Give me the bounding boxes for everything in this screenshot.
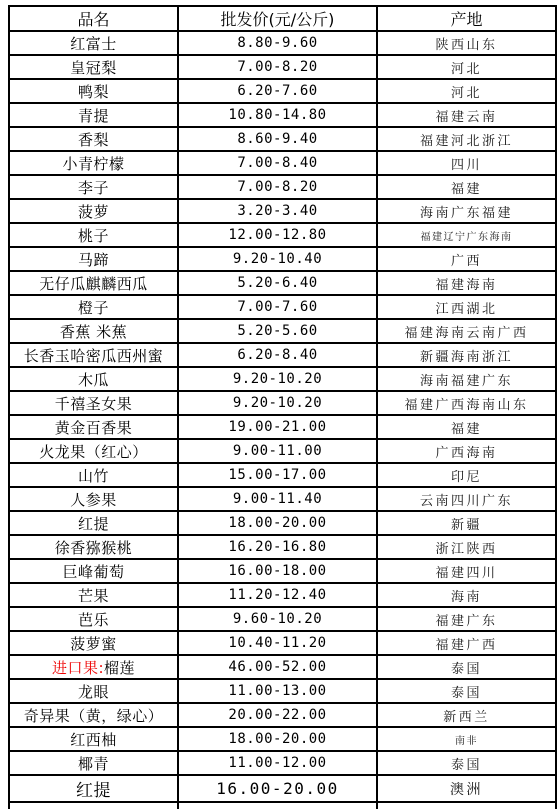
column-header-wholesale-price: 批发价(元/公斤) (178, 6, 377, 31)
table-row: 桃子12.00-12.80福建辽宁广东海南 (9, 223, 556, 247)
product-name-cell: 芭乐 (9, 607, 178, 631)
table-row: 小青柠檬7.00-8.40四川 (9, 151, 556, 175)
table-row: 无仔瓜麒麟西瓜5.20-6.40福建海南 (9, 271, 556, 295)
wholesale-price-cell: 7.00-8.20 (178, 175, 377, 199)
origin-cell: 福建辽宁广东海南 (377, 223, 556, 247)
product-name-cell: 青提 (9, 103, 178, 127)
empty-cell (9, 802, 178, 809)
table-row: 红富士8.80-9.60陕西山东 (9, 31, 556, 55)
table-row: 黄金百香果19.00-21.00福建 (9, 415, 556, 439)
wholesale-price-cell: 9.60-10.20 (178, 607, 377, 631)
origin-cell: 福建四川 (377, 559, 556, 583)
origin-cell: 陕西山东 (377, 31, 556, 55)
column-header-origin: 产地 (377, 6, 556, 31)
table-row: 椰青11.00-12.00泰国 (9, 751, 556, 775)
wholesale-price-cell: 6.20-8.40 (178, 343, 377, 367)
origin-cell: 河北 (377, 79, 556, 103)
header-row: 品名 批发价(元/公斤) 产地 (9, 6, 556, 31)
origin-cell: 四川 (377, 151, 556, 175)
origin-cell: 新疆 (377, 511, 556, 535)
table-row: 橙子7.00-7.60江西湖北 (9, 295, 556, 319)
wholesale-price-cell: 7.00-7.60 (178, 295, 377, 319)
origin-cell: 新西兰 (377, 703, 556, 727)
origin-cell: 海南福建广东 (377, 367, 556, 391)
wholesale-price-cell: 8.80-9.60 (178, 31, 377, 55)
product-name-cell: 红富士 (9, 31, 178, 55)
product-name-cell: 徐香猕猴桃 (9, 535, 178, 559)
product-name-cell: 无仔瓜麒麟西瓜 (9, 271, 178, 295)
table-row: 菠萝3.20-3.40海南广东福建 (9, 199, 556, 223)
product-name-cell: 火龙果（红心） (9, 439, 178, 463)
table-row: 李子7.00-8.20福建 (9, 175, 556, 199)
product-name-cell: 进口果:榴莲 (9, 655, 178, 679)
table-row: 菠萝蜜10.40-11.20福建广西 (9, 631, 556, 655)
product-name-cell: 奇异果（黄，绿心） (9, 703, 178, 727)
origin-cell: 澳洲 (377, 775, 556, 802)
wholesale-price-cell: 19.00-21.00 (178, 415, 377, 439)
table-row: 徐香猕猴桃16.20-16.80浙江陕西 (9, 535, 556, 559)
table-row: 千禧圣女果9.20-10.20福建广西海南山东 (9, 391, 556, 415)
product-name-cell: 长香玉哈密瓜西州蜜 (9, 343, 178, 367)
wholesale-price-cell: 16.00-20.00 (178, 775, 377, 802)
origin-cell: 福建 (377, 175, 556, 199)
wholesale-price-cell: 9.00-11.40 (178, 487, 377, 511)
origin-cell: 福建广西海南山东 (377, 391, 556, 415)
fruit-price-sheet: 品名 批发价(元/公斤) 产地 红富士8.80-9.60陕西山东皇冠梨7.00-… (0, 0, 560, 809)
column-header-product-name: 品名 (9, 6, 178, 31)
table-row: 木瓜9.20-10.20海南福建广东 (9, 367, 556, 391)
table-row: 香蕉 米蕉5.20-5.60福建海南云南广西 (9, 319, 556, 343)
product-name-cell: 山竹 (9, 463, 178, 487)
table-row: 皇冠梨7.00-8.20河北 (9, 55, 556, 79)
product-name-cell: 香蕉 米蕉 (9, 319, 178, 343)
product-name-cell: 鸭梨 (9, 79, 178, 103)
wholesale-price-cell: 3.20-3.40 (178, 199, 377, 223)
wholesale-price-cell: 15.00-17.00 (178, 463, 377, 487)
table-row: 芒果11.20-12.40海南 (9, 583, 556, 607)
wholesale-price-cell: 9.20-10.40 (178, 247, 377, 271)
wholesale-price-cell: 18.00-20.00 (178, 727, 377, 751)
product-name-cell: 红提 (9, 775, 178, 802)
product-name-cell: 红西柚 (9, 727, 178, 751)
wholesale-price-cell: 11.00-12.00 (178, 751, 377, 775)
table-row: 奇异果（黄，绿心）20.00-22.00新西兰 (9, 703, 556, 727)
product-name-cell: 龙眼 (9, 679, 178, 703)
table-row: 巨峰葡萄16.00-18.00福建四川 (9, 559, 556, 583)
product-name-cell: 黄金百香果 (9, 415, 178, 439)
origin-cell: 浙江陕西 (377, 535, 556, 559)
table-row: 红提16.00-20.00澳洲 (9, 775, 556, 802)
product-name-cell: 芒果 (9, 583, 178, 607)
origin-cell: 泰国 (377, 679, 556, 703)
partial-cutoff-row (9, 802, 556, 809)
wholesale-price-cell: 8.60-9.40 (178, 127, 377, 151)
product-name-cell: 人参果 (9, 487, 178, 511)
empty-cell (178, 802, 377, 809)
table-row: 马蹄9.20-10.40广西 (9, 247, 556, 271)
product-name-cell: 李子 (9, 175, 178, 199)
wholesale-price-cell: 7.00-8.20 (178, 55, 377, 79)
product-name-cell: 桃子 (9, 223, 178, 247)
table-row: 红提18.00-20.00新疆 (9, 511, 556, 535)
origin-cell: 泰国 (377, 751, 556, 775)
origin-cell: 福建广西 (377, 631, 556, 655)
origin-cell: 福建云南 (377, 103, 556, 127)
table-row: 火龙果（红心）9.00-11.00广西海南 (9, 439, 556, 463)
wholesale-price-cell: 9.20-10.20 (178, 367, 377, 391)
table-row: 芭乐9.60-10.20福建广东 (9, 607, 556, 631)
product-name-cell: 千禧圣女果 (9, 391, 178, 415)
origin-cell: 南非 (377, 727, 556, 751)
product-name-cell: 小青柠檬 (9, 151, 178, 175)
product-name-cell: 木瓜 (9, 367, 178, 391)
product-name-cell: 橙子 (9, 295, 178, 319)
wholesale-price-cell: 16.20-16.80 (178, 535, 377, 559)
origin-cell: 印尼 (377, 463, 556, 487)
wholesale-price-cell: 10.40-11.20 (178, 631, 377, 655)
table-row: 鸭梨6.20-7.60河北 (9, 79, 556, 103)
origin-cell: 福建广东 (377, 607, 556, 631)
origin-cell: 江西湖北 (377, 295, 556, 319)
table-header: 品名 批发价(元/公斤) 产地 (9, 6, 556, 31)
product-name-cell: 马蹄 (9, 247, 178, 271)
origin-cell: 新疆海南浙江 (377, 343, 556, 367)
origin-cell: 广西海南 (377, 439, 556, 463)
wholesale-price-cell: 7.00-8.40 (178, 151, 377, 175)
wholesale-price-cell: 46.00-52.00 (178, 655, 377, 679)
table-row: 龙眼11.00-13.00泰国 (9, 679, 556, 703)
product-name-cell: 椰青 (9, 751, 178, 775)
origin-cell: 海南广东福建 (377, 199, 556, 223)
table-row: 进口果:榴莲46.00-52.00泰国 (9, 655, 556, 679)
product-name-cell: 红提 (9, 511, 178, 535)
wholesale-price-cell: 9.00-11.00 (178, 439, 377, 463)
origin-cell: 云南四川广东 (377, 487, 556, 511)
origin-cell: 福建河北浙江 (377, 127, 556, 151)
product-name-cell: 菠萝 (9, 199, 178, 223)
wholesale-price-cell: 6.20-7.60 (178, 79, 377, 103)
origin-cell: 泰国 (377, 655, 556, 679)
wholesale-price-cell: 11.00-13.00 (178, 679, 377, 703)
wholesale-price-cell: 10.80-14.80 (178, 103, 377, 127)
wholesale-price-cell: 12.00-12.80 (178, 223, 377, 247)
origin-cell: 福建海南云南广西 (377, 319, 556, 343)
price-table: 品名 批发价(元/公斤) 产地 红富士8.80-9.60陕西山东皇冠梨7.00-… (8, 5, 557, 809)
table-row: 山竹15.00-17.00印尼 (9, 463, 556, 487)
empty-cell (377, 802, 556, 809)
origin-cell: 广西 (377, 247, 556, 271)
wholesale-price-cell: 20.00-22.00 (178, 703, 377, 727)
product-name-cell: 巨峰葡萄 (9, 559, 178, 583)
table-row: 青提10.80-14.80福建云南 (9, 103, 556, 127)
table-footer (9, 802, 556, 809)
wholesale-price-cell: 18.00-20.00 (178, 511, 377, 535)
table-row: 人参果9.00-11.40云南四川广东 (9, 487, 556, 511)
product-name-cell: 菠萝蜜 (9, 631, 178, 655)
wholesale-price-cell: 5.20-5.60 (178, 319, 377, 343)
wholesale-price-cell: 16.00-18.00 (178, 559, 377, 583)
table-row: 红西柚18.00-20.00南非 (9, 727, 556, 751)
origin-cell: 海南 (377, 583, 556, 607)
table-row: 香梨8.60-9.40福建河北浙江 (9, 127, 556, 151)
wholesale-price-cell: 5.20-6.40 (178, 271, 377, 295)
import-fruit-label: 进口果: (52, 659, 104, 677)
origin-cell: 福建 (377, 415, 556, 439)
origin-cell: 河北 (377, 55, 556, 79)
origin-cell: 福建海南 (377, 271, 556, 295)
product-name-cell: 香梨 (9, 127, 178, 151)
wholesale-price-cell: 11.20-12.40 (178, 583, 377, 607)
product-name-cell: 皇冠梨 (9, 55, 178, 79)
wholesale-price-cell: 9.20-10.20 (178, 391, 377, 415)
table-row: 长香玉哈密瓜西州蜜6.20-8.40新疆海南浙江 (9, 343, 556, 367)
table-body: 红富士8.80-9.60陕西山东皇冠梨7.00-8.20河北鸭梨6.20-7.6… (9, 31, 556, 802)
